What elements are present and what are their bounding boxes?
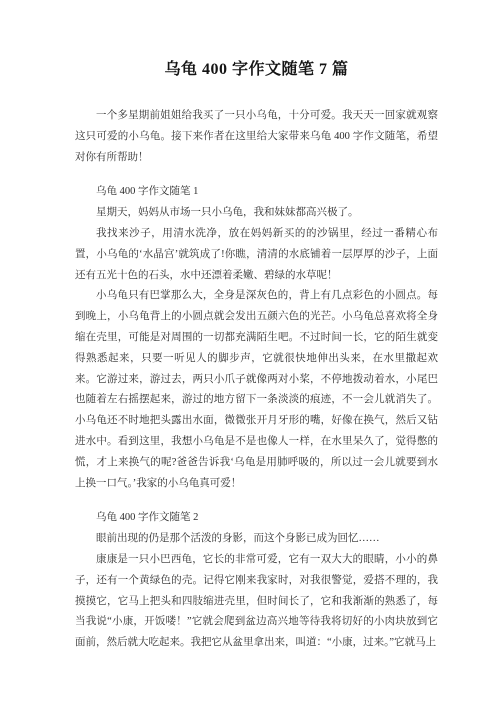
document-page: 乌龟 400 字作文随笔 7 篇 一个多星期前姐姐给我买了一只小乌龟，十分可爱。… (0, 0, 500, 707)
section-1-paragraph-1: 星期天，妈妈从市场一只小乌龟，我和妹妹都高兴极了。 (75, 203, 438, 224)
section-2-heading: 乌龟 400 字作文随笔 2 (75, 508, 438, 529)
intro-paragraph: 一个多星期前姐姐给我买了一只小乌龟，十分可爱。我天天一回家就观察这只可爱的小乌龟… (75, 106, 438, 168)
section-2-paragraph-2: 康康是一只小巴西龟，它长的非常可爱，它有一双大大的眼睛，小小的鼻子，还有一个黄绿… (75, 550, 438, 654)
section-2-paragraph-1: 眼前出现的仍是那个活泼的身影，而这个身影已成为回忆…… (75, 529, 438, 550)
section-1-paragraph-3: 小乌龟只有巴掌那么大，全身是深灰色的，背上有几点彩色的小圆点。每到晚上，小乌龟背… (75, 286, 438, 494)
section-1-paragraph-2: 我找来沙子，用清水洗净，放在妈妈新买的的沙锅里，经过一番精心布置，小乌龟的‘水晶… (75, 224, 438, 286)
document-title: 乌龟 400 字作文随笔 7 篇 (75, 56, 438, 79)
section-1-heading: 乌龟 400 字作文随笔 1 (75, 182, 438, 203)
